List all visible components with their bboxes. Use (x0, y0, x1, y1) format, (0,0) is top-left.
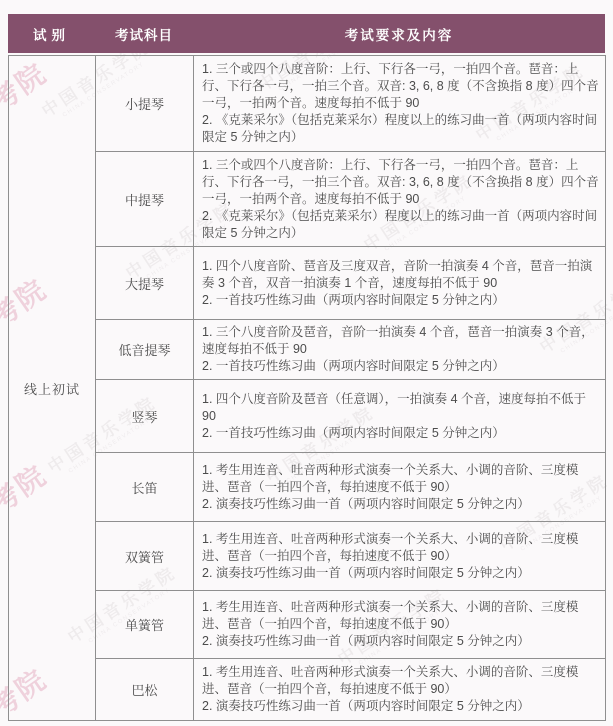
column-header-subject: 考试科目 (95, 24, 193, 44)
requirement-item-1: 1. 考生用连音、吐音两种形式演奏一个关系大、小调的音阶、三度模进、琶音（一拍四… (202, 664, 599, 698)
subject-cell: 巴松 (96, 659, 194, 721)
requirement-item-1: 1. 考生用连音、吐音两种形式演奏一个关系大、小调的音阶、三度模进、琶音（一拍四… (202, 531, 599, 565)
table-row-harp: 竖琴 1. 四个八度音阶及琶音（任意调），一拍演奏 4 个音，速度每拍不低于 9… (9, 380, 606, 453)
subject-cell: 小提琴 (96, 56, 194, 152)
requirements-cell: 1. 考生用连音、吐音两种形式演奏一个关系大、小调的音阶、三度模进、琶音（一拍四… (194, 453, 606, 522)
requirements-cell: 1. 三个八度音阶及琶音，音阶一拍演奏 4 个音，琶音一拍演奏 3 个音，速度每… (194, 320, 606, 380)
requirement-item-2: 2. 演奏技巧性练习曲一首（两项内容时间限定 5 分钟之内） (202, 633, 599, 650)
requirement-item-1: 1. 考生用连音、吐音两种形式演奏一个关系大、小调的音阶、三度模进、琶音（一拍四… (202, 462, 599, 496)
table-row-bassoon: 巴松 1. 考生用连音、吐音两种形式演奏一个关系大、小调的音阶、三度模进、琶音（… (9, 659, 606, 721)
requirements-cell: 1. 三个或四个八度音阶：上行、下行各一弓，一拍四个音。琶音：上行、下行各一弓，… (194, 56, 606, 152)
requirements-cell: 1. 考生用连音、吐音两种形式演奏一个关系大、小调的音阶、三度模进、琶音（一拍四… (194, 522, 606, 591)
table-row-cello: 大提琴 1. 四个八度音阶、琶音及三度双音，音阶一拍演奏 4 个音，琶音一拍演奏… (9, 247, 606, 320)
subject-cell: 长笛 (96, 453, 194, 522)
table-row-viola: 中提琴 1. 三个或四个八度音阶：上行、下行各一弓，一拍四个音。琶音：上行、下行… (9, 152, 606, 247)
table-row-flute: 长笛 1. 考生用连音、吐音两种形式演奏一个关系大、小调的音阶、三度模进、琶音（… (9, 453, 606, 522)
requirements-cell: 1. 四个八度音阶及琶音（任意调），一拍演奏 4 个音，速度每拍不低于 90 2… (194, 380, 606, 453)
table-row-violin: 线上初试 小提琴 1. 三个或四个八度音阶：上行、下行各一弓，一拍四个音。琶音：… (9, 56, 606, 152)
subject-cell: 中提琴 (96, 152, 194, 247)
table-body: 线上初试 小提琴 1. 三个或四个八度音阶：上行、下行各一弓，一拍四个音。琶音：… (8, 55, 606, 721)
requirement-item-2: 2. 《克莱采尔》（包括克莱采尔）程度以上的练习曲一首（两项内容时间限定 5 分… (202, 208, 599, 242)
subject-cell: 低音提琴 (96, 320, 194, 380)
requirements-cell: 1. 四个八度音阶、琶音及三度双音，音阶一拍演奏 4 个音，琶音一拍演奏 3 个… (194, 247, 606, 320)
requirement-item-1: 1. 三个八度音阶及琶音，音阶一拍演奏 4 个音，琶音一拍演奏 3 个音，速度每… (202, 324, 599, 358)
requirement-item-1: 1. 四个八度音阶、琶音及三度双音，音阶一拍演奏 4 个音，琶音一拍演奏 3 个… (202, 258, 599, 292)
subject-cell: 双簧管 (96, 522, 194, 591)
subject-cell: 单簧管 (96, 591, 194, 659)
requirement-item-2: 2. 《克莱采尔》（包括克莱采尔）程度以上的练习曲一首（两项内容时间限定 5 分… (202, 112, 599, 146)
table-header-row: 试别 考试科目 考试要求及内容 (8, 14, 605, 53)
requirements-cell: 1. 三个或四个八度音阶：上行、下行各一弓，一拍四个音。琶音：上行、下行各一弓，… (194, 152, 606, 247)
requirement-item-2: 2. 演奏技巧性练习曲一首（两项内容时间限定 5 分钟之内） (202, 565, 599, 582)
subject-cell: 大提琴 (96, 247, 194, 320)
exam-requirements-table: 试别 考试科目 考试要求及内容 线上初试 小提琴 1. 三个或四个八度音阶：上行… (8, 14, 605, 721)
requirement-item-2: 2. 演奏技巧性练习曲一首（两项内容时间限定 5 分钟之内） (202, 698, 599, 715)
table-row-oboe: 双簧管 1. 考生用连音、吐音两种形式演奏一个关系大、小调的音阶、三度模进、琶音… (9, 522, 606, 591)
requirement-item-2: 2. 一首技巧性练习曲（两项内容时间限定 5 分钟之内） (202, 292, 599, 309)
requirement-item-2: 2. 一首技巧性练习曲（两项内容时间限定 5 分钟之内） (202, 425, 599, 442)
exam-type-cell: 线上初试 (9, 56, 96, 721)
requirements-cell: 1. 考生用连音、吐音两种形式演奏一个关系大、小调的音阶、三度模进、琶音（一拍四… (194, 659, 606, 721)
requirement-item-1: 1. 三个或四个八度音阶：上行、下行各一弓，一拍四个音。琶音：上行、下行各一弓，… (202, 61, 599, 112)
requirement-item-1: 1. 四个八度音阶及琶音（任意调），一拍演奏 4 个音，速度每拍不低于 90 (202, 391, 599, 425)
table-row-clarinet: 单簧管 1. 考生用连音、吐音两种形式演奏一个关系大、小调的音阶、三度模进、琶音… (9, 591, 606, 659)
column-header-exam-type: 试别 (8, 24, 95, 44)
requirements-cell: 1. 考生用连音、吐音两种形式演奏一个关系大、小调的音阶、三度模进、琶音（一拍四… (194, 591, 606, 659)
requirement-item-2: 2. 一首技巧性练习曲（两项内容时间限定 5 分钟之内） (202, 358, 599, 375)
requirement-item-2: 2. 演奏技巧性练习曲一首（两项内容时间限定 5 分钟之内） (202, 496, 599, 513)
table-row-double-bass: 低音提琴 1. 三个八度音阶及琶音，音阶一拍演奏 4 个音，琶音一拍演奏 3 个… (9, 320, 606, 380)
requirement-item-1: 1. 考生用连音、吐音两种形式演奏一个关系大、小调的音阶、三度模进、琶音（一拍四… (202, 599, 599, 633)
requirement-item-1: 1. 三个或四个八度音阶：上行、下行各一弓，一拍四个音。琶音：上行、下行各一弓，… (202, 157, 599, 208)
subject-cell: 竖琴 (96, 380, 194, 453)
column-header-requirements: 考试要求及内容 (193, 24, 605, 44)
